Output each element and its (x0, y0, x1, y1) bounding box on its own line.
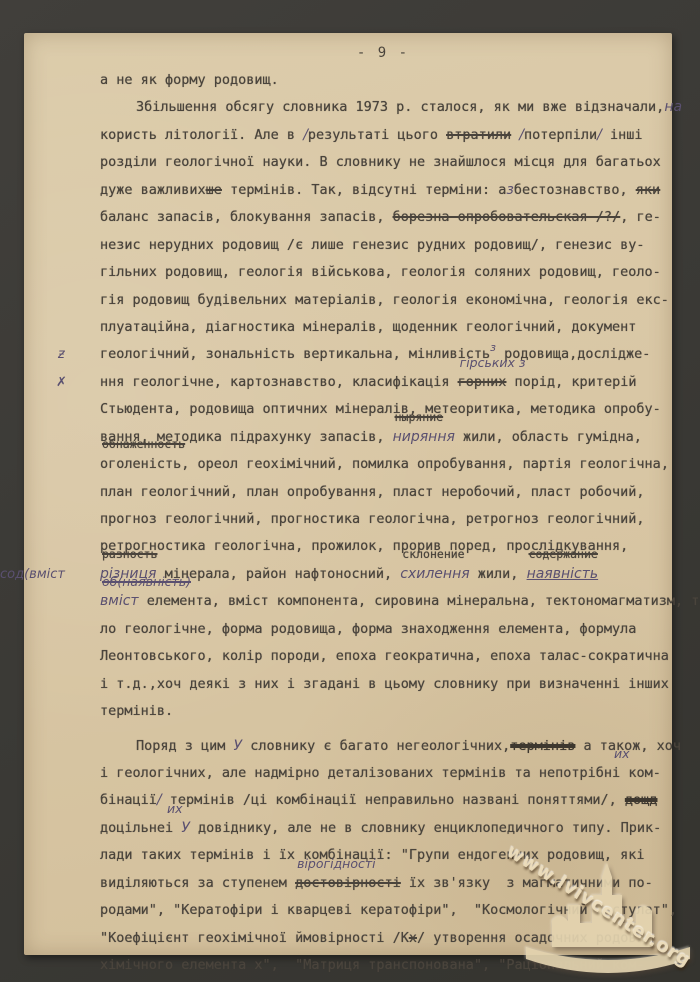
typed-text: Стьюдента, родовища оптичних мінералів, … (100, 401, 661, 417)
typed-text: оголеність (100, 456, 181, 472)
typed-text: користь літології. Але в (100, 127, 303, 143)
typed-text: план геологічний, план опробування, плас… (100, 484, 645, 500)
text-line: ƶгеологічний, зональність вертикальна, м… (100, 341, 666, 368)
typed-text: Збільшення обсягу словника 1973 р. стало… (136, 99, 664, 115)
insertion-above-line: вірогідності (297, 858, 376, 871)
insertion-above-line: их (167, 803, 183, 816)
text-line: хімічного елемента х", "Матриця транспон… (100, 952, 666, 979)
typed-text: геологічний, зональність вертикальна, мі… (100, 346, 490, 362)
typed-text: бестознавство, (514, 182, 636, 198)
handwritten-text: наявність (527, 566, 599, 582)
typed-text: / утворення осадочних родовищ (417, 930, 653, 946)
typed-text: їх зв'язку з магматичними по- (401, 875, 653, 891)
typed-text: словнику є багато негеологічних, (242, 738, 510, 754)
typed-text: , ге- (620, 209, 661, 225)
text-line: Стьюдента, родовища оптичних мінералів, … (100, 396, 666, 423)
insertion-above-line: гірських з (460, 357, 526, 370)
text-line: Збільшення обсягу словника 1973 р. стало… (100, 94, 666, 121)
correction-anchor: склонениесхилення (400, 561, 469, 588)
typed-text: виділяються за ступенем (100, 875, 295, 891)
typed-text: ком- (620, 765, 661, 781)
typed-text: гільних родовищ, геологія військова, гео… (100, 264, 661, 280)
typed-text: мінерала, район нафтоносний, (156, 566, 400, 582)
typed-text: незис нерудних родовищ /є лише генезис р… (100, 237, 645, 253)
text-line: розділи геологічної науки. В словнику не… (100, 149, 666, 176)
typed-text: і т.д.,хоч деякі з них і згадані в цьому… (100, 676, 669, 692)
typed-text: ло геологічне, форма родовища, форма зна… (100, 621, 636, 637)
typed-text: і (165, 820, 173, 836)
text-line: і т.д.,хоч деякі з них і згадані в цьому… (100, 671, 666, 698)
handwritten-text: на (664, 99, 682, 115)
typed-text: порід, критерій (506, 374, 636, 390)
struck-out-text: борезна опробовательская /?/ (393, 209, 621, 225)
margin-annotation: ƶ (58, 341, 65, 368)
typed-text: родами", "Кератофіри і кварцеві кератофі… (100, 902, 677, 918)
typed-text: жили, область гумідна, (455, 429, 642, 445)
text-line: і геологічних, але надмірно деталізовани… (100, 760, 666, 787)
typed-text: ння геологічне, картознавство, класифіка… (100, 374, 458, 390)
text-line: бінації/ термінів /ці комбінації неправи… (100, 787, 666, 814)
typed-text: доцільне (100, 820, 165, 836)
insertion-above-line: склонение (402, 549, 464, 561)
insertion-above-line: содержание (529, 549, 598, 561)
typed-text: бінації (100, 792, 157, 808)
text-line: прогноз геологічний, прогностика геологі… (100, 506, 666, 533)
typed-text: дуже важливих (100, 182, 206, 198)
handwritten-text: схилення (400, 566, 469, 582)
scan-background: - 9 - а не як форму родовищ.Збільшення о… (0, 0, 700, 982)
struck-out-text: яки (636, 182, 660, 198)
struck-out-text: горних (458, 374, 507, 390)
typed-text: плуатаційна, діагностика мінералів, щоде… (100, 319, 636, 335)
insertion-above-line: об(наявність) (102, 576, 191, 589)
text-line: гільних родовищ, геологія військова, гео… (100, 259, 666, 286)
handwritten-text: з (490, 341, 496, 354)
insertion-above-line: разность (102, 549, 157, 561)
typed-text: а не як форму родовищ. (100, 72, 279, 88)
text-line: користь літології. Але в /результаті цьо… (100, 122, 666, 149)
correction-anchor: гірських згорних (458, 369, 507, 396)
typed-text: "Коефіцієнт геохімічної ймовірності /К (100, 930, 409, 946)
typed-text: хімічного елемента х", "Матриця транспон… (100, 957, 645, 973)
insertion-above-line: обнаженность (102, 439, 185, 451)
struck-out-text: х (409, 930, 417, 946)
typed-text: довіднику, але не в словнику енциклопеди… (190, 820, 661, 836)
text-line: Поряд з цим У словнику є багато негеолог… (100, 733, 666, 760)
typed-text: і геологічних, але надмірно деталізовани… (100, 765, 612, 781)
struck-out-text: втратили (446, 127, 511, 143)
insertion-above-line: их (614, 748, 630, 761)
text-line: ло геологічне, форма родовища, форма зна… (100, 616, 666, 643)
typed-text: гія родовищ будівельних матеріалів, геол… (100, 292, 669, 308)
text-line: лади таких термінів і їх комбінації: "Гр… (100, 842, 666, 869)
correction-anchor: обнаженностьоголеність (100, 451, 181, 478)
handwritten-text: У (181, 820, 190, 836)
text-line: баланс запасів, блокування запасів, боре… (100, 204, 666, 231)
margin-annotation: сод(вміст (0, 561, 65, 588)
text-line: план геологічний, план опробування, плас… (100, 479, 666, 506)
text-line: незис нерудних родовищ /є лише генезис р… (100, 232, 666, 259)
text-line: а не як форму родовищ. (100, 67, 666, 94)
text-line: ✗ння геологічне, картознавство, класифік… (100, 369, 666, 396)
handwritten-text: ниряння (393, 429, 455, 445)
typed-lines: а не як форму родовищ.Збільшення обсягу … (100, 67, 666, 979)
typed-text-block: а не як форму родовищ.Збільшення обсягу … (100, 67, 666, 979)
struck-out-text: термінів (510, 738, 575, 754)
text-line: обнаженностьоголеність, ореол геохімічни… (100, 451, 666, 478)
text-line: плуатаційна, діагностика мінералів, щоде… (100, 314, 666, 341)
handwritten-text: вміст (100, 593, 139, 609)
text-line: доцільнеихі У довіднику, але не в словни… (100, 815, 666, 842)
typed-text: жили, (470, 566, 527, 582)
typed-text: термінів. Так, відсутні терміни: а (222, 182, 506, 198)
text-line: виділяються за ступенем вірогідностідост… (100, 870, 666, 897)
typed-text: термінів /ці комбінації неправильно назв… (162, 792, 625, 808)
struck-out-text: ше (206, 182, 222, 198)
typed-text: прогноз геологічний, прогностика геологі… (100, 511, 645, 527)
handwritten-text: з (506, 182, 513, 198)
margin-annotation: ✗ (56, 369, 67, 396)
typed-text: результаті цього (308, 127, 446, 143)
struck-out-text: дощд (625, 792, 658, 808)
typed-text: елемента, вміст компонента, сировина мін… (139, 593, 700, 609)
typed-text: інші (602, 127, 643, 143)
typed-text: Леонтовського, колір породи, епоха геокр… (100, 648, 669, 664)
handwritten-text: У (234, 738, 243, 754)
correction-anchor: ныряниениряння (393, 424, 455, 451)
text-line: дуже важливихше термінів. Так, відсутні … (100, 177, 666, 204)
text-line: "Коефіцієнт геохімічної ймовірності /Кх/… (100, 925, 666, 952)
struck-out-text: достовірності (295, 875, 401, 891)
correction-anchor: ихі (612, 760, 620, 787)
typed-text: потерпіли (524, 127, 597, 143)
typed-text: і (612, 765, 620, 781)
typed-text: , ореол геохімічний, помилка опробування… (181, 456, 669, 472)
typed-text: термінів. (100, 703, 173, 719)
text-line: родами", "Кератофіри і кварцеві кератофі… (100, 897, 666, 924)
typed-text: розділи геологічної науки. В словнику не… (100, 154, 661, 170)
text-line: гія родовищ будівельних матеріалів, геол… (100, 287, 666, 314)
page-number: - 9 - (100, 40, 666, 67)
correction-anchor: вірогідностідостовірності (295, 870, 401, 897)
text-line: об(наявність)вміст елемента, вміст компо… (100, 588, 666, 615)
correction-anchor: об(наявність)вміст (100, 588, 139, 615)
text-line: термінів. (100, 698, 666, 725)
insertion-above-line: ныряние (395, 412, 443, 424)
typed-text: баланс запасів, блокування запасів, (100, 209, 393, 225)
document-page: - 9 - а не як форму родовищ.Збільшення о… (24, 33, 672, 955)
correction-anchor: ихі (165, 815, 173, 842)
text-line: Леонтовського, колір породи, епоха геокр… (100, 643, 666, 670)
typed-text: Поряд з цим (136, 738, 234, 754)
correction-anchor: содержаниенаявність (527, 561, 599, 588)
